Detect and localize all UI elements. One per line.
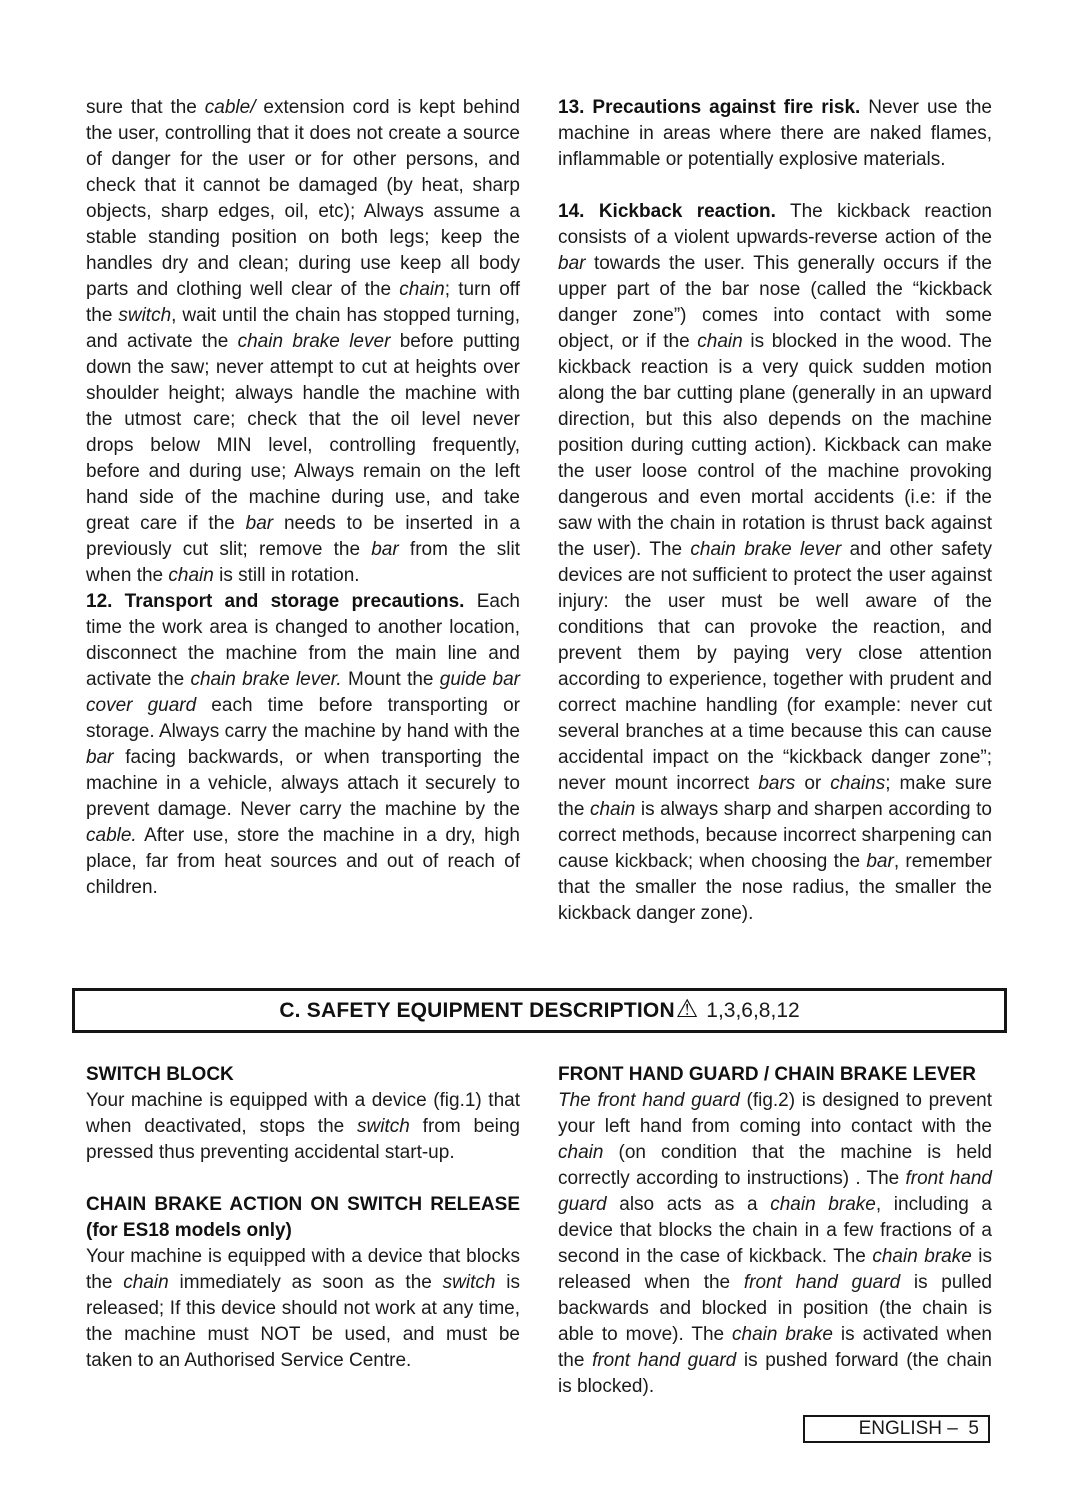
switch-block-paragraph: Your machine is equipped with a device (… <box>86 1088 520 1166</box>
page-number-label: ENGLISH – 5 <box>859 1418 979 1440</box>
body-columns: sure that the cable/ extension cord is k… <box>86 95 992 927</box>
safety-right-column: FRONT HAND GUARD / CHAIN BRAKE LEVER The… <box>558 1062 992 1426</box>
chain-brake-action-paragraph: Your machine is equipped with a device t… <box>86 1244 520 1374</box>
paragraph-13-fire-risk: 13. Precautions against fire risk. Never… <box>558 95 992 173</box>
right-column: 13. Precautions against fire risk. Never… <box>558 95 992 927</box>
front-hand-guard-section: FRONT HAND GUARD / CHAIN BRAKE LEVER The… <box>558 1062 992 1400</box>
page-number-box: ENGLISH – 5 <box>803 1415 990 1443</box>
switch-block-heading: SWITCH BLOCK <box>86 1062 520 1088</box>
paragraph-14-kickback: 14. Kickback reaction. The kickback reac… <box>558 199 992 927</box>
section-title: C. SAFETY EQUIPMENT DESCRIPTION <box>279 999 675 1023</box>
section-ref-numbers: 1,3,6,8,12 <box>706 999 799 1023</box>
front-hand-guard-paragraph: The front hand guard (fig.2) is designed… <box>558 1088 992 1400</box>
safety-description-columns: SWITCH BLOCK Your machine is equipped wi… <box>86 1062 992 1426</box>
safety-left-column: SWITCH BLOCK Your machine is equipped wi… <box>86 1062 520 1426</box>
manual-page: sure that the cable/ extension cord is k… <box>0 0 1080 1511</box>
chain-brake-action-section: CHAIN BRAKE ACTION ON SWITCH RELEASE (fo… <box>86 1192 520 1374</box>
chain-brake-action-heading: CHAIN BRAKE ACTION ON SWITCH RELEASE (fo… <box>86 1192 520 1244</box>
left-column: sure that the cable/ extension cord is k… <box>86 95 520 927</box>
section-header-box: C. SAFETY EQUIPMENT DESCRIPTION ⚠ 1,3,6,… <box>72 988 1007 1033</box>
paragraph-12-transport-storage: 12. Transport and storage precautions. E… <box>86 589 520 901</box>
front-hand-guard-heading: FRONT HAND GUARD / CHAIN BRAKE LEVER <box>558 1062 992 1088</box>
paragraph-safety-continued: sure that the cable/ extension cord is k… <box>86 95 520 589</box>
switch-block-section: SWITCH BLOCK Your machine is equipped wi… <box>86 1062 520 1166</box>
warning-triangle-icon: ⚠ <box>676 997 698 1022</box>
